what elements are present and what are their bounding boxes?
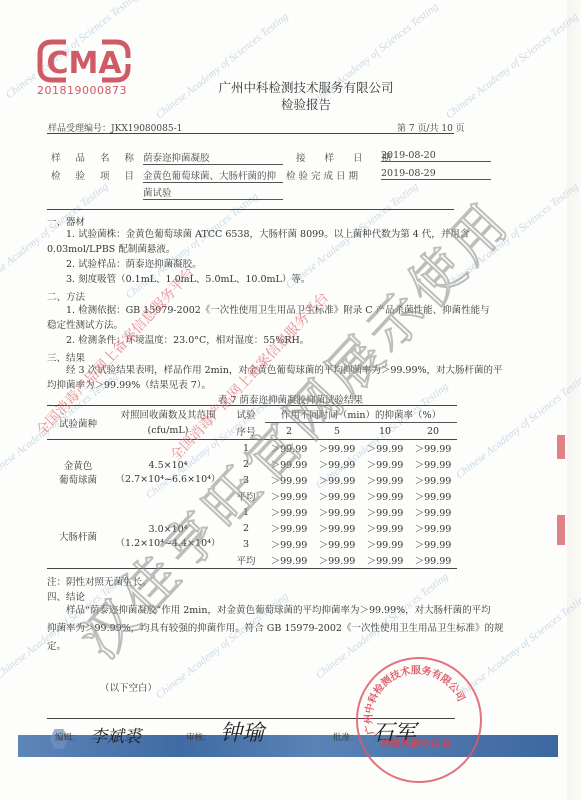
control-range: （2.7×10⁴~6.6×10⁴）	[109, 471, 227, 485]
paragraph: 1. 检测依据：GB 15979-2002《一次性使用卫生用品卫生标准》附录 C…	[47, 304, 517, 318]
paragraph: 1. 试验菌株：金黄色葡萄球菌 ATCC 6538，大肠杆菌 8099。以上菌种…	[47, 228, 507, 242]
section-title-conclusion: 四、结论	[47, 589, 85, 603]
header-time: 2	[265, 423, 313, 440]
editor-signature: 李斌裘	[90, 722, 141, 747]
divider	[47, 133, 454, 134]
rate-value: ＞99.99	[313, 520, 361, 536]
rate-value: ＞99.99	[409, 456, 457, 472]
test-item-value-line1: 金黄色葡萄球菌、大肠杆菌的抑	[143, 168, 283, 183]
paragraph: 稳定性测试方法。	[47, 319, 457, 333]
report-page: Chinese Academy of Sciences Testing Chin…	[0, 0, 581, 800]
header-time: 5	[313, 423, 361, 440]
company-name: 广州中科检测技术服务有限公司	[0, 78, 540, 96]
rate-value: ＞99.99	[265, 488, 313, 504]
trial-number: 平均	[227, 488, 265, 504]
rate-value: ＞99.99	[313, 440, 361, 457]
header-control-unit: (cfu/mL)	[109, 423, 227, 440]
control-count: 3.0×10⁴	[109, 524, 227, 535]
species-name: 大肠杆菌	[47, 529, 109, 543]
rate-value: ＞99.99	[265, 440, 313, 457]
rate-value: ＞99.99	[265, 472, 313, 488]
control-range: （1.2×10⁴~4.4×10⁴）	[109, 535, 227, 549]
paragraph: 2. 检测条件：环境温度：23.0°C，相对湿度：55%RH。	[47, 334, 457, 348]
rate-value: ＞99.99	[313, 536, 361, 552]
header-trial-no: 序号	[227, 423, 265, 440]
paragraph: 2. 试验样品：荫泰迩抑菌凝胶。	[47, 258, 457, 272]
complete-date-label: 检验完成日期	[286, 168, 361, 182]
complete-date-value: 2019-08-29	[381, 168, 491, 180]
paragraph: 抑菌率为＞99.99%，均具有较强的抑菌作用。符合 GB 15979-2002《…	[47, 622, 517, 636]
paragraph: 定。	[47, 640, 457, 654]
rate-value: ＞99.99	[409, 472, 457, 488]
rate-value: ＞99.99	[313, 504, 361, 520]
trial-number: 2	[227, 520, 265, 536]
rate-value: ＞99.99	[313, 552, 361, 569]
test-item-value-line2: 菌试验	[143, 185, 283, 200]
rate-value: ＞99.99	[313, 488, 361, 504]
results-table: 试验菌种 对照回收菌数及其范围 试验 作用不同时间（min）的抑菌率（%） (c…	[47, 405, 457, 569]
reviewer-label: 审核：	[186, 731, 212, 743]
rate-value: ＞99.99	[409, 440, 457, 457]
receive-date-value: 2019-08-20	[381, 150, 491, 162]
table-caption: 表 7 荫泰迩抑菌凝胶抑菌试验结果	[0, 392, 581, 406]
section-title-results: 三、结果	[47, 350, 85, 364]
page-seam-seal-icon	[557, 515, 565, 545]
header-time: 20	[409, 423, 457, 440]
watermark-text: Chinese Academy of Sciences Testing	[454, 371, 581, 482]
approver-label: 批准：	[333, 731, 359, 743]
section-title-equipment: 一、器材	[47, 214, 85, 228]
trial-number: 1	[227, 440, 265, 457]
control-count-cell: 4.5×10⁴（2.7×10⁴~6.6×10⁴）	[109, 440, 227, 505]
trial-number: 1	[227, 504, 265, 520]
trial-number: 2	[227, 456, 265, 472]
paragraph: 均抑菌率为＞99.99%（结果见表 7）。	[47, 379, 457, 393]
rate-value: ＞99.99	[409, 552, 457, 569]
paragraph: 0.03mol/LPBS 配制菌悬液。	[47, 243, 457, 257]
rate-value: ＞99.99	[313, 456, 361, 472]
species-cell: 金黄色葡萄球菌	[47, 440, 109, 505]
table-row: 大肠杆菌3.0×10⁴（1.2×10⁴~4.4×10⁴）1＞99.99＞99.9…	[47, 504, 457, 520]
rate-value: ＞99.99	[409, 520, 457, 536]
trial-number: 3	[227, 472, 265, 488]
paragraph: 3. 刻度吸管（0.1mL、1.0mL、5.0mL、10.0mL）等。	[47, 273, 457, 287]
rate-value: ＞99.99	[265, 520, 313, 536]
species-name-2: 葡萄球菌	[47, 472, 109, 486]
paragraph: 经 3 次试验结果表明，样品作用 2min，对金黄色葡萄球菌的平均抑菌率为＞99…	[47, 364, 517, 378]
page-seam-seal-icon	[557, 435, 565, 459]
header-time: 10	[361, 423, 409, 440]
header-trial: 试验	[227, 406, 265, 423]
divider	[47, 209, 454, 210]
rate-value: ＞99.99	[361, 488, 409, 504]
trial-number: 3	[227, 536, 265, 552]
sample-name-label: 样 品 名 称	[51, 150, 140, 164]
rate-value: ＞99.99	[409, 504, 457, 520]
reviewer-signature: 钟瑜	[220, 716, 264, 747]
table-note: 注：阴性对照无菌生长。	[47, 574, 152, 588]
header-rate: 作用不同时间（min）的抑菌率（%）	[265, 406, 457, 423]
header-species: 试验菌种	[47, 406, 109, 440]
rate-value: ＞99.99	[361, 536, 409, 552]
rate-value: ＞99.99	[265, 504, 313, 520]
rate-value: ＞99.99	[361, 504, 409, 520]
test-item-label: 检 验 项 目	[51, 168, 140, 182]
rate-value: ＞99.99	[409, 488, 457, 504]
rate-value: ＞99.99	[313, 472, 361, 488]
editor-label: 编辑：	[55, 731, 81, 743]
table-row: 金黄色葡萄球菌4.5×10⁴（2.7×10⁴~6.6×10⁴）1＞99.99＞9…	[47, 440, 457, 457]
species-name: 金黄色	[47, 458, 109, 472]
svg-text:广州中科检测技术服务有限公司: 广州中科检测技术服务有限公司	[362, 663, 468, 736]
sample-name-value: 荫泰迩抑菌凝胶	[143, 150, 283, 165]
rate-value: ＞99.99	[361, 520, 409, 536]
section-title-method: 二、方法	[47, 289, 85, 303]
rate-value: ＞99.99	[361, 440, 409, 457]
seal-ring-text: 广州中科检测技术服务有限公司	[356, 657, 478, 779]
header-control: 对照回收菌数及其范围	[109, 406, 227, 423]
report-title: 检验报告	[0, 95, 540, 113]
rate-value: ＞99.99	[361, 456, 409, 472]
rate-value: ＞99.99	[361, 472, 409, 488]
rate-value: ＞99.99	[265, 552, 313, 569]
control-count: 4.5×10⁴	[109, 460, 227, 471]
rate-value: ＞99.99	[265, 536, 313, 552]
rate-value: ＞99.99	[409, 536, 457, 552]
species-cell: 大肠杆菌	[47, 504, 109, 569]
blank-below-note: （以下空白）	[100, 680, 157, 694]
rate-value: ＞99.99	[265, 456, 313, 472]
svg-text:CMA: CMA	[46, 46, 122, 81]
seal-center-text: 检验检测专用章	[381, 735, 451, 750]
control-count-cell: 3.0×10⁴（1.2×10⁴~4.4×10⁴）	[109, 504, 227, 569]
paragraph: 样品“荫泰迩抑菌凝胶”作用 2min，对金黄色葡萄球菌的平均抑菌率为＞99.99…	[47, 604, 517, 618]
trial-number: 平均	[227, 552, 265, 569]
rate-value: ＞99.99	[361, 552, 409, 569]
